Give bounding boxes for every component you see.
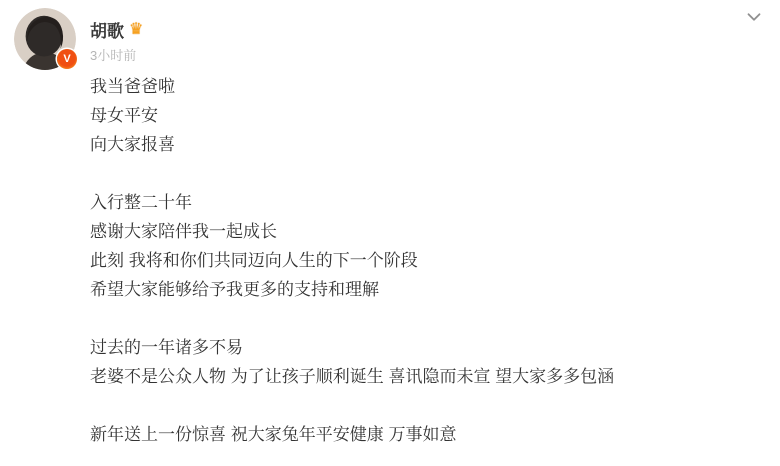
vip-crown-icon: ♛ — [129, 22, 143, 38]
collapse-post-button[interactable] — [740, 3, 768, 31]
post-paragraph: 新年送上一份惊喜 祝大家兔年平安健康 万事如意 — [90, 420, 750, 449]
author-name[interactable]: 胡歌 — [90, 17, 124, 42]
post-line: 过去的一年诸多不易 — [90, 333, 750, 362]
post-timestamp: 3小时前 — [90, 45, 136, 64]
chevron-down-icon — [743, 6, 765, 28]
post-line: 希望大家能够给予我更多的支持和理解 — [90, 275, 750, 304]
post-line: 我当爸爸啦 — [90, 72, 750, 101]
post-line: 感谢大家陪伴我一起成长 — [90, 217, 750, 246]
post-line: 向大家报喜 — [90, 130, 750, 159]
post-line: 老婆不是公众人物 为了让孩子顺利诞生 喜讯隐而未宣 望大家多多包涵 — [90, 362, 750, 391]
author-row: 胡歌 ♛ — [90, 17, 143, 42]
post-line: 新年送上一份惊喜 祝大家兔年平安健康 万事如意 — [90, 420, 750, 449]
post-paragraph: 入行整二十年 感谢大家陪伴我一起成长 此刻 我将和你们共同迈向人生的下一个阶段 … — [90, 188, 750, 304]
post-line: 此刻 我将和你们共同迈向人生的下一个阶段 — [90, 246, 750, 275]
post-line: 母女平安 — [90, 101, 750, 130]
post-paragraph: 我当爸爸啦 母女平安 向大家报喜 — [90, 72, 750, 159]
post-text: 我当爸爸啦 母女平安 向大家报喜 入行整二十年 感谢大家陪伴我一起成长 此刻 我… — [90, 72, 750, 449]
post-line: 入行整二十年 — [90, 188, 750, 217]
weibo-post: V 胡歌 ♛ 3小时前 我当爸爸啦 母女平安 向大家报喜 入行整二十年 感谢大家… — [0, 0, 780, 466]
post-paragraph: 过去的一年诸多不易 老婆不是公众人物 为了让孩子顺利诞生 喜讯隐而未宣 望大家多… — [90, 333, 750, 391]
verified-badge-icon: V — [57, 49, 77, 69]
